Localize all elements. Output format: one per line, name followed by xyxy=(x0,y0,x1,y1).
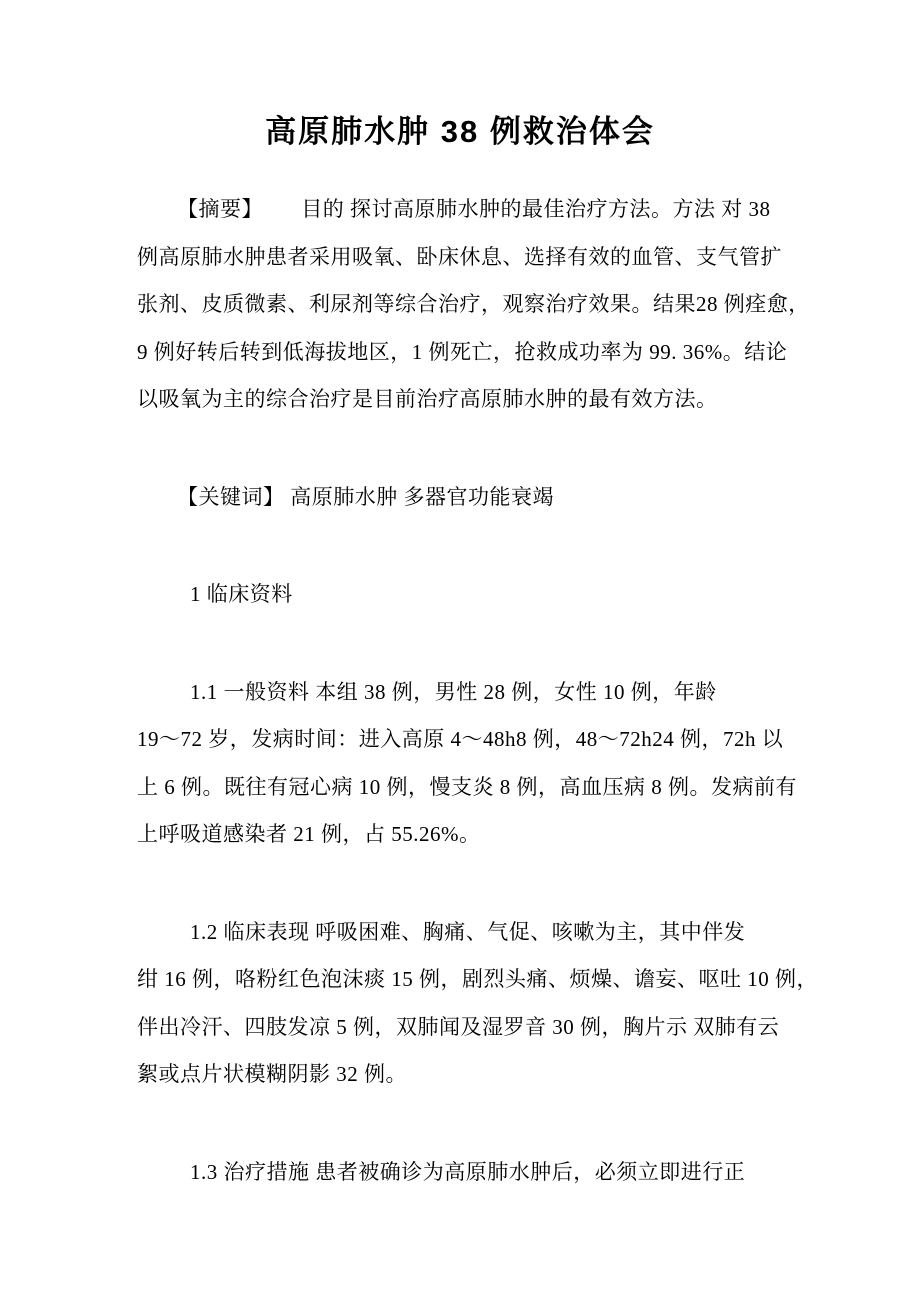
body-paragraph: 1.2 临床表现 呼吸困难、胸痛、气促、咳嗽为主，其中伴发绀 16 例，咯粉红色… xyxy=(137,909,837,1099)
text-line: 【摘要】 目的 探讨高原肺水肿的最佳治疗方法。方法 对 38 xyxy=(137,186,837,234)
body-paragraph: 1.1 一般资料 本组 38 例，男性 28 例，女性 10 例，年龄19～72… xyxy=(137,669,837,859)
text-line: 伴出冷汗、四肢发凉 5 例，双肺闻及湿罗音 30 例，胸片示 双肺有云 xyxy=(137,1004,837,1052)
keywords: 【关键词】 高原肺水肿 多器官功能衰竭 xyxy=(137,474,837,522)
text-line: 19～72 岁，发病时间：进入高原 4～48h8 例，48～72h24 例，72… xyxy=(137,716,837,764)
document-page: 高原肺水肿 38 例救治体会 【摘要】 目的 探讨高原肺水肿的最佳治疗方法。方法… xyxy=(0,0,920,1302)
section-heading: 1 临床资料 xyxy=(137,571,837,619)
text-line: 例高原肺水肿患者采用吸氧、卧床休息、选择有效的血管、支气管扩 xyxy=(137,234,837,282)
text-line: 1.2 临床表现 呼吸困难、胸痛、气促、咳嗽为主，其中伴发 xyxy=(137,909,837,957)
text-line: 绀 16 例，咯粉红色泡沫痰 15 例，剧烈头痛、烦燥、谵妄、呕吐 10 例， xyxy=(137,956,837,1004)
abstract: 【摘要】 目的 探讨高原肺水肿的最佳治疗方法。方法 对 38例高原肺水肿患者采用… xyxy=(137,186,837,424)
document-body: 【摘要】 目的 探讨高原肺水肿的最佳治疗方法。方法 对 38例高原肺水肿患者采用… xyxy=(137,186,837,1196)
text-line: 【关键词】 高原肺水肿 多器官功能衰竭 xyxy=(137,474,837,522)
text-line: 上呼吸道感染者 21 例，占 55.26%。 xyxy=(137,811,837,859)
document-content: 高原肺水肿 38 例救治体会 【摘要】 目的 探讨高原肺水肿的最佳治疗方法。方法… xyxy=(137,0,837,1196)
text-line: 1 临床资料 xyxy=(137,571,837,619)
document-title: 高原肺水肿 38 例救治体会 xyxy=(0,0,920,152)
text-line: 以吸氧为主的综合治疗是目前治疗高原肺水肿的最有效方法。 xyxy=(137,376,837,424)
text-line: 1.1 一般资料 本组 38 例，男性 28 例，女性 10 例，年龄 xyxy=(137,669,837,717)
text-line: 絮或点片状模糊阴影 32 例。 xyxy=(137,1051,837,1099)
text-line: 张剂、皮质微素、利尿剂等综合治疗，观察治疗效果。结果28 例痊愈， xyxy=(137,281,837,329)
body-paragraph: 1.3 治疗措施 患者被确诊为高原肺水肿后，必须立即进行正 xyxy=(137,1149,837,1197)
text-line: 上 6 例。既往有冠心病 10 例，慢支炎 8 例，高血压病 8 例。发病前有 xyxy=(137,764,837,812)
text-line: 1.3 治疗措施 患者被确诊为高原肺水肿后，必须立即进行正 xyxy=(137,1149,837,1197)
text-line: 9 例好转后转到低海拔地区，1 例死亡，抢救成功率为 99. 36%。结论 xyxy=(137,329,837,377)
